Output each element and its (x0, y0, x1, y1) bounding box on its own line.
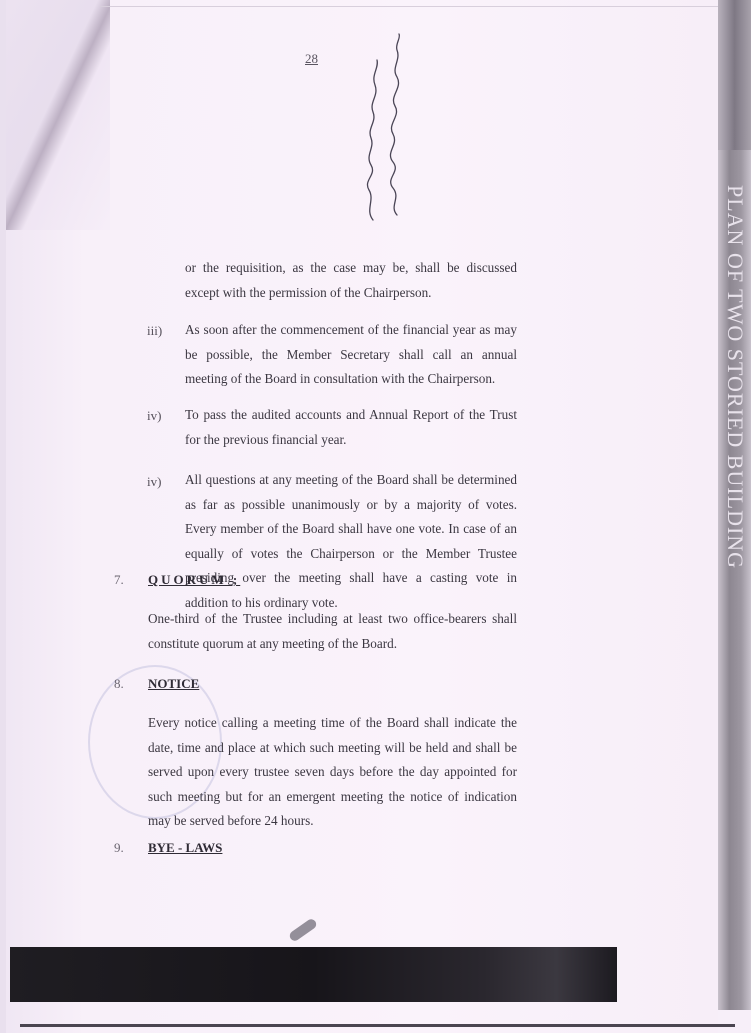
section-number-7: 7. (114, 572, 124, 588)
item-label-iv-1: iv) (147, 408, 161, 424)
paragraph-iv-2: All questions at any meeting of the Boar… (185, 468, 517, 615)
paragraph-iii: As soon after the commencement of the fi… (185, 318, 517, 392)
item-label-iv-2: iv) (147, 474, 161, 490)
page-top-edge (100, 6, 720, 7)
side-strip-text: PLAN OF TWO STORIED BUILDING (722, 185, 748, 569)
section-heading-quorum: QUORUM ; (148, 572, 240, 588)
section-text-quorum: One-third of the Trustee including at le… (148, 607, 517, 656)
section-number-9: 9. (114, 840, 124, 856)
page-number: 28 (305, 51, 318, 67)
scan-black-bar (10, 947, 617, 1002)
page-bottom-edge (20, 1024, 735, 1027)
section-heading-notice: NOTICE (148, 676, 199, 692)
paragraph-iv-1: To pass the audited accounts and Annual … (185, 403, 517, 452)
section-text-notice: Every notice calling a meeting time of t… (148, 711, 517, 834)
adjacent-page-strip: PLAN OF TWO STORIED BUILDING (718, 0, 751, 1010)
item-label-iii: iii) (147, 323, 162, 339)
page-left-edge (0, 0, 6, 1033)
paragraph-continuation: or the requisition, as the case may be, … (185, 256, 517, 305)
strip-top-shade (718, 0, 751, 150)
section-heading-bye-laws: BYE - LAWS (148, 840, 222, 856)
section-number-8: 8. (114, 676, 124, 692)
handwritten-signature (335, 30, 415, 230)
page-fold-shadow (0, 0, 110, 230)
